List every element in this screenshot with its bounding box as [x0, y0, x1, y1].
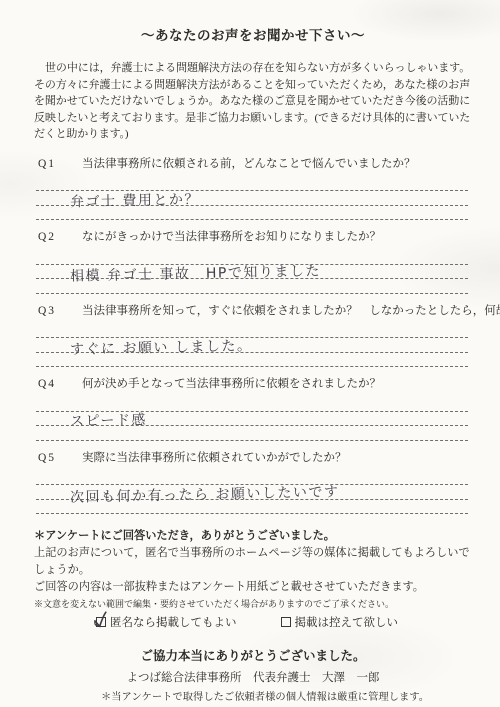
footer-section: ＊アンケートにご回答いただき，ありがとうございました。 上記のお声について，匿名… [34, 528, 472, 703]
question-label: Q3 [38, 305, 82, 317]
questionnaire-page: ～あなたのお声をお聞かせ下さい～ 世の中には，弁護士による問題解決方法の存在を知… [0, 0, 500, 707]
law-office-signature: よつば総合法律事務所 代表弁護士 大澤 一郎 [34, 669, 472, 685]
intro-paragraph: 世の中には，弁護士による問題解決方法の存在を知らない方が多くいらっしゃいます。そ… [34, 60, 470, 143]
privacy-note: ＊当アンケートで取得したご依頼者様の個人情報は厳重に管理します。 [58, 688, 472, 703]
checkbox-no-publish-label: 掲載は控えて欲しい [295, 614, 399, 630]
question-block-2: Q2 なにがきっかけで当法律事務所をお知りになりましたか？ 相模 弁ゴ士 事故 … [34, 228, 472, 294]
question-label: Q5 [38, 452, 82, 464]
question-text: 何が決め手となって当法律事務所に依頼をされましたか？ [82, 375, 381, 391]
closing-thanks: ご協力本当にありがとうございました。 [34, 646, 472, 664]
question-row: Q1 当法律事務所に依頼される前，どんなことで悩んでいましたか？ [38, 155, 472, 171]
answer-area: 弁ゴ士 費用とか？ [36, 177, 468, 221]
checkbox-no-publish: 掲載は控えて欲しい [281, 614, 399, 630]
question-block-4: Q4 何が決め手となって当法律事務所に依頼をされましたか？ スピード感 [34, 375, 472, 441]
publish-permission-line2: ご回答の内容は一部抜粋またはアンケート用紙ごと載せさせていただきます。 [34, 579, 472, 596]
question-row: Q4 何が決め手となって当法律事務所に依頼をされましたか？ [38, 375, 472, 391]
question-text: 実際に当法律事務所に依頼されていかがでしたか？ [82, 449, 347, 465]
question-block-5: Q5 実際に当法律事務所に依頼されていかがでしたか？ 次回も何か有ったら お願い… [34, 449, 472, 515]
answer-area: すぐに お願い しました。 [36, 324, 468, 368]
check-mark-icon [90, 610, 113, 633]
question-row: Q2 なにがきっかけで当法律事務所をお知りになりましたか？ [38, 228, 472, 244]
checkbox-anonymous-ok-label: 匿名なら掲載してもよい [110, 614, 237, 630]
question-block-3: Q3 当法律事務所を知って，すぐに依頼をされましたか？ しなかったとしたら，何故… [34, 302, 472, 368]
question-label: Q2 [38, 231, 82, 243]
handwritten-answer: 弁ゴ士 費用とか？ [70, 188, 200, 211]
edit-notice: ※文意を変えない範囲で編集・要約させていただく場合がありますのでご了承ください。 [34, 597, 472, 611]
publish-choice-row: 匿名なら掲載してもよい 掲載は控えて欲しい [96, 614, 472, 630]
question-label: Q4 [38, 378, 82, 390]
handwritten-answer: スピード感 [70, 409, 147, 431]
question-row: Q5 実際に当法律事務所に依頼されていかがでしたか？ [38, 449, 472, 465]
question-text: 当法律事務所に依頼される前，どんなことで悩んでいましたか？ [82, 155, 416, 171]
answer-line [36, 177, 468, 192]
question-text: なにがきっかけで当法律事務所をお知りになりましたか？ [82, 228, 381, 244]
answer-area: 次回も何か有ったら お願いしたいです [36, 471, 468, 515]
answer-area: スピード感 [36, 397, 468, 441]
question-block-1: Q1 当法律事務所に依頼される前，どんなことで悩んでいましたか？ 弁ゴ士 費用と… [34, 155, 472, 221]
survey-thanks-note: ＊アンケートにご回答いただき，ありがとうございました。 [34, 528, 472, 545]
question-row: Q3 当法律事務所を知って，すぐに依頼をされましたか？ しなかったとしたら，何故… [38, 302, 472, 318]
checkbox-anonymous-ok: 匿名なら掲載してもよい [96, 614, 237, 630]
question-text: 当法律事務所を知って，すぐに依頼をされましたか？ しなかったとしたら，何故ですか… [82, 302, 500, 318]
answer-area: 相模 弁ゴ士 事故 HPで知りました [36, 250, 468, 294]
question-label: Q1 [38, 158, 82, 170]
checkbox-checked-icon [96, 617, 106, 627]
publish-permission-line1: 上記のお声について，匿名で当事務所のホームページ等の媒体に掲載してもよろしいでし… [34, 545, 472, 579]
checkbox-icon [281, 617, 291, 627]
handwritten-answer: すぐに お願い しました。 [70, 335, 253, 359]
page-title: ～あなたのお声をお聞かせ下さい～ [34, 24, 472, 44]
